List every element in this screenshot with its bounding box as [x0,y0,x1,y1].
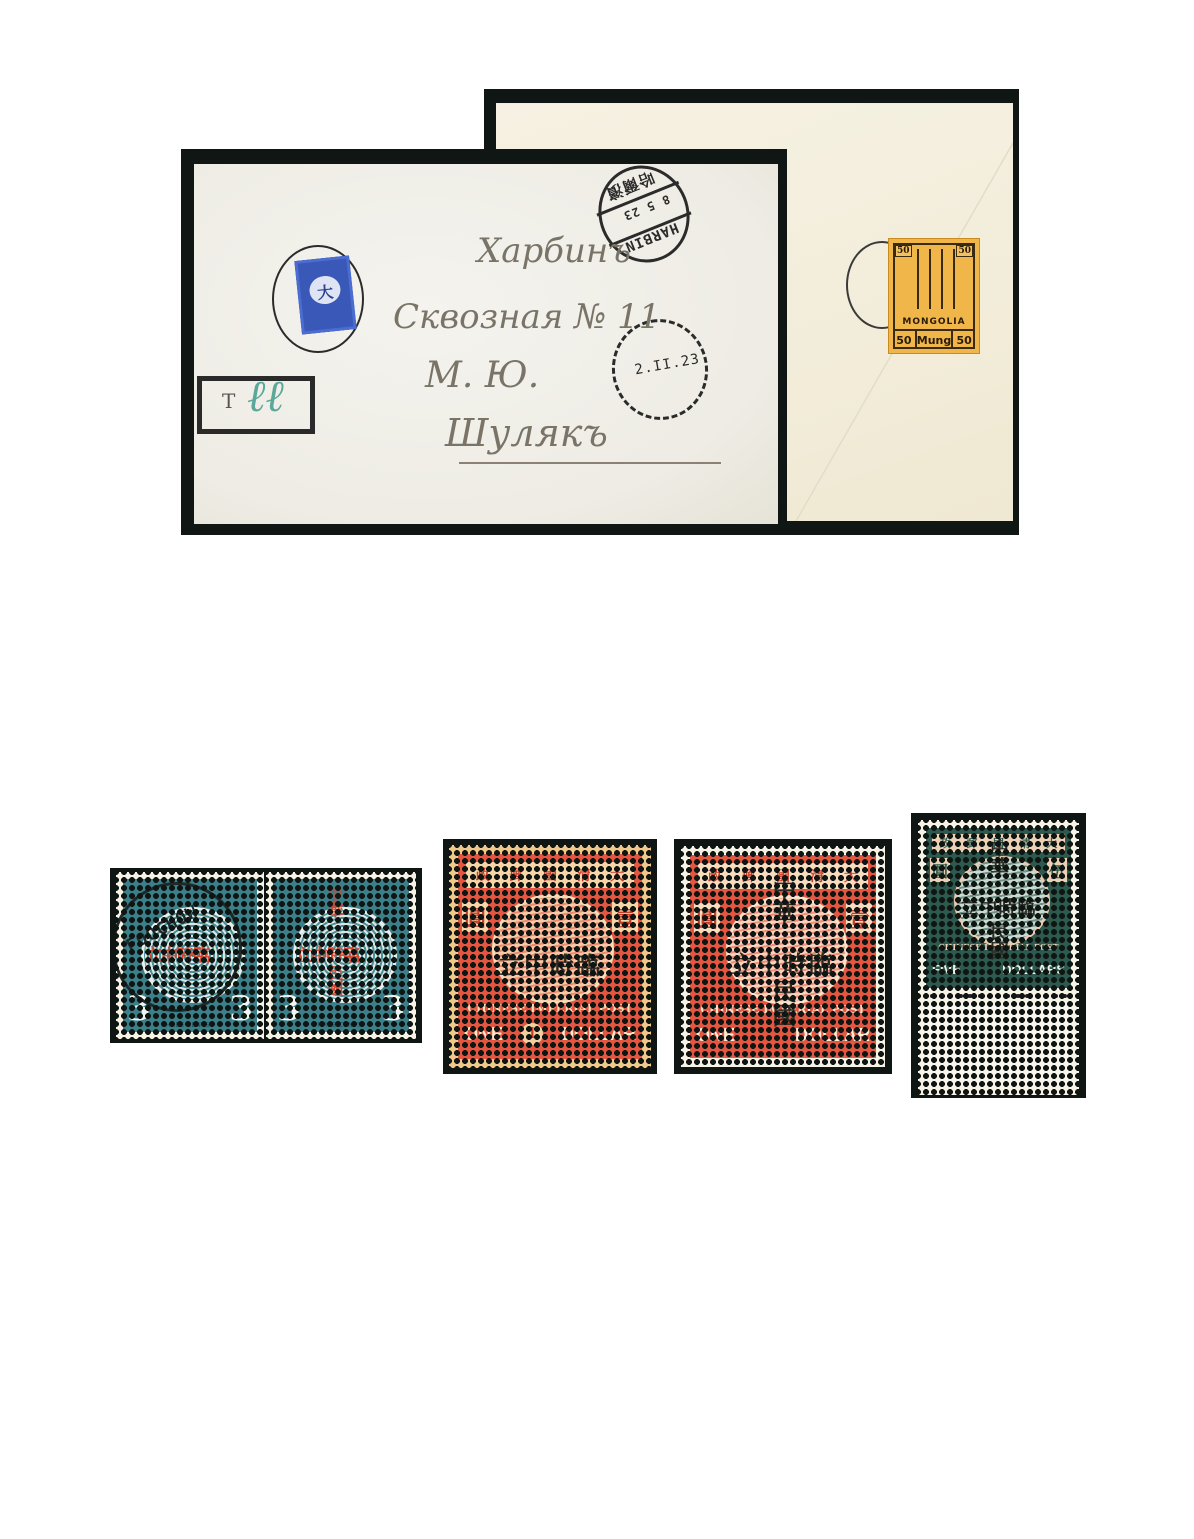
address-line-1: Харбинъ [477,231,631,271]
overprint-vertical-bottom: 民國 [988,922,1012,960]
mongolia-value-left: 50 [893,331,917,349]
overprint-vertical-top: 中華 [770,877,800,925]
stamp-1-dollar-b: 政 郵 國 清 大 圓 壹 CHINESE IMPERIAL POST ONE … [681,846,885,1067]
top-char: 大 [1046,835,1057,851]
top-char: 大 [610,865,624,885]
mongolian-script-column [941,249,955,309]
stamp-design: 政 郵 國 清 大 圓 伍 CHINESE IMPERIAL POST FIVE… [926,828,1071,988]
cover-front-mount: 哈爾濱 8 5 23 HARBIN 2.II.23 T ℓℓ Харбинъ С… [181,149,787,535]
top-char: 郵 [966,835,977,851]
stamp-pair-mount: 3 3 臨時中立 THREE CENTS FOOCHOW 3 3 中華 臨時中立… [110,868,422,1043]
top-char: 清 [810,866,824,886]
side-char-left: 圓 [930,858,950,882]
top-char: 國 [543,865,557,885]
side-char-left: 圓 [694,903,720,933]
mongolia-corner-value: 50 [895,245,912,257]
mongolia-currency: Mung [917,331,953,349]
mongolian-script-column [917,249,931,309]
stamp-1-dollar-republic-mount: 政 郵 國 清 大 圓 壹 CHINESE IMPERIAL POST ONE … [674,839,892,1074]
top-char: 郵 [509,865,523,885]
foochow-cancel: FOOCHOW [112,882,242,1012]
value-label: THREE CENTS [313,1021,362,1029]
top-char: 政 [940,835,951,851]
value-left: 3 [277,989,301,1029]
address-underline [459,462,721,464]
stamp-3c-left: 3 3 臨時中立 THREE CENTS FOOCHOW [116,872,264,1039]
side-char-right: 壹 [846,903,872,933]
top-char: 郵 [742,866,756,886]
manuscript-mark: ℓℓ [247,371,284,422]
cancel-city: FOOCHOW [123,902,202,957]
stamp-1-dollar-mount: 政 郵 國 清 大 圓 壹 臨時中立 CHINESE IMPERIAL POST… [443,839,657,1074]
mongolia-stamp: 50 50 MONGOLIA 50 Mung 50 [888,238,980,354]
stamp-character: 大 [297,277,354,306]
value-right: 3 [229,989,253,1029]
value-label: THREE CENTS [161,1021,210,1029]
mongolia-country-name: MONGOLIA [889,317,979,327]
side-char-left: 圓 [462,902,488,932]
overprint-black: 臨時中立 [926,894,1071,920]
stamp-5-dollars: 政 郵 國 清 大 圓 伍 CHINESE IMPERIAL POST FIVE… [918,820,1079,1095]
sheet-selvage [926,1004,1071,1087]
value-word: ONE [696,1025,735,1046]
value-word: FIVE [932,962,961,977]
overprint-black: 臨時中立 [690,945,876,980]
postmark-date: 2.II.23 [633,351,701,378]
overprint-vertical-bottom: 民國 [770,979,800,1027]
mongolia-value-row: 50 Mung 50 [893,329,975,349]
frame-text: CHINESE IMPERIAL POST [462,1002,638,1015]
value-row: ONE 1 DOLLAR [464,1018,636,1050]
overprint-black: 臨時中立 [458,946,642,981]
stamp-design: 3 3 中華 臨時中立 民國 THREE CENTS [273,879,409,1032]
address-line-4: Шулякъ [445,411,608,455]
mongolia-value-right: 50 [953,331,975,349]
value-numeral: 1 [521,1023,543,1045]
overprint-vertical-top: 中華 [323,887,346,917]
overprint-vertical-bottom: 民國 [323,965,346,995]
address-line-3: М. Ю. [425,355,539,396]
top-char: 政 [476,865,490,885]
stamp-3c-right: 3 3 中華 臨時中立 民國 THREE CENTS [266,872,416,1039]
top-char: 清 [1020,835,1031,851]
mongolia-corner-value: 50 [956,245,973,257]
stamp-design: 政 郵 國 清 大 圓 壹 CHINESE IMPERIAL POST ONE … [690,855,876,1058]
top-char: 清 [577,865,591,885]
stamp-1-dollar-a: 政 郵 國 清 大 圓 壹 臨時中立 CHINESE IMPERIAL POST… [449,845,651,1068]
top-char: 大 [844,866,858,886]
blue-stamp: 大 [294,255,356,334]
address-line-2: Сквозная № 11 [393,297,660,337]
stamp-5-dollars-mount: 政 郵 國 清 大 圓 伍 CHINESE IMPERIAL POST FIVE… [911,813,1086,1098]
value-unit: DOLLAR [795,1025,870,1046]
value-unit: DOLLARS [1002,962,1065,977]
side-char-right: 伍 [1047,858,1067,882]
value-unit: DOLLAR [561,1024,636,1045]
side-char-right: 壹 [612,902,638,932]
overprint-vertical-top: 中華 [988,838,1012,876]
top-inscription: 政 郵 國 清 大 [466,862,634,888]
value-word: ONE [464,1024,503,1045]
stamp-design: 政 郵 國 清 大 圓 壹 臨時中立 CHINESE IMPERIAL POST… [458,854,642,1059]
value-right: 3 [381,989,405,1029]
registration-letter: T [222,389,235,413]
selvage-perforation-row [930,994,1067,998]
overprint-red: 臨時中立 [295,941,359,966]
top-char: 政 [708,866,722,886]
